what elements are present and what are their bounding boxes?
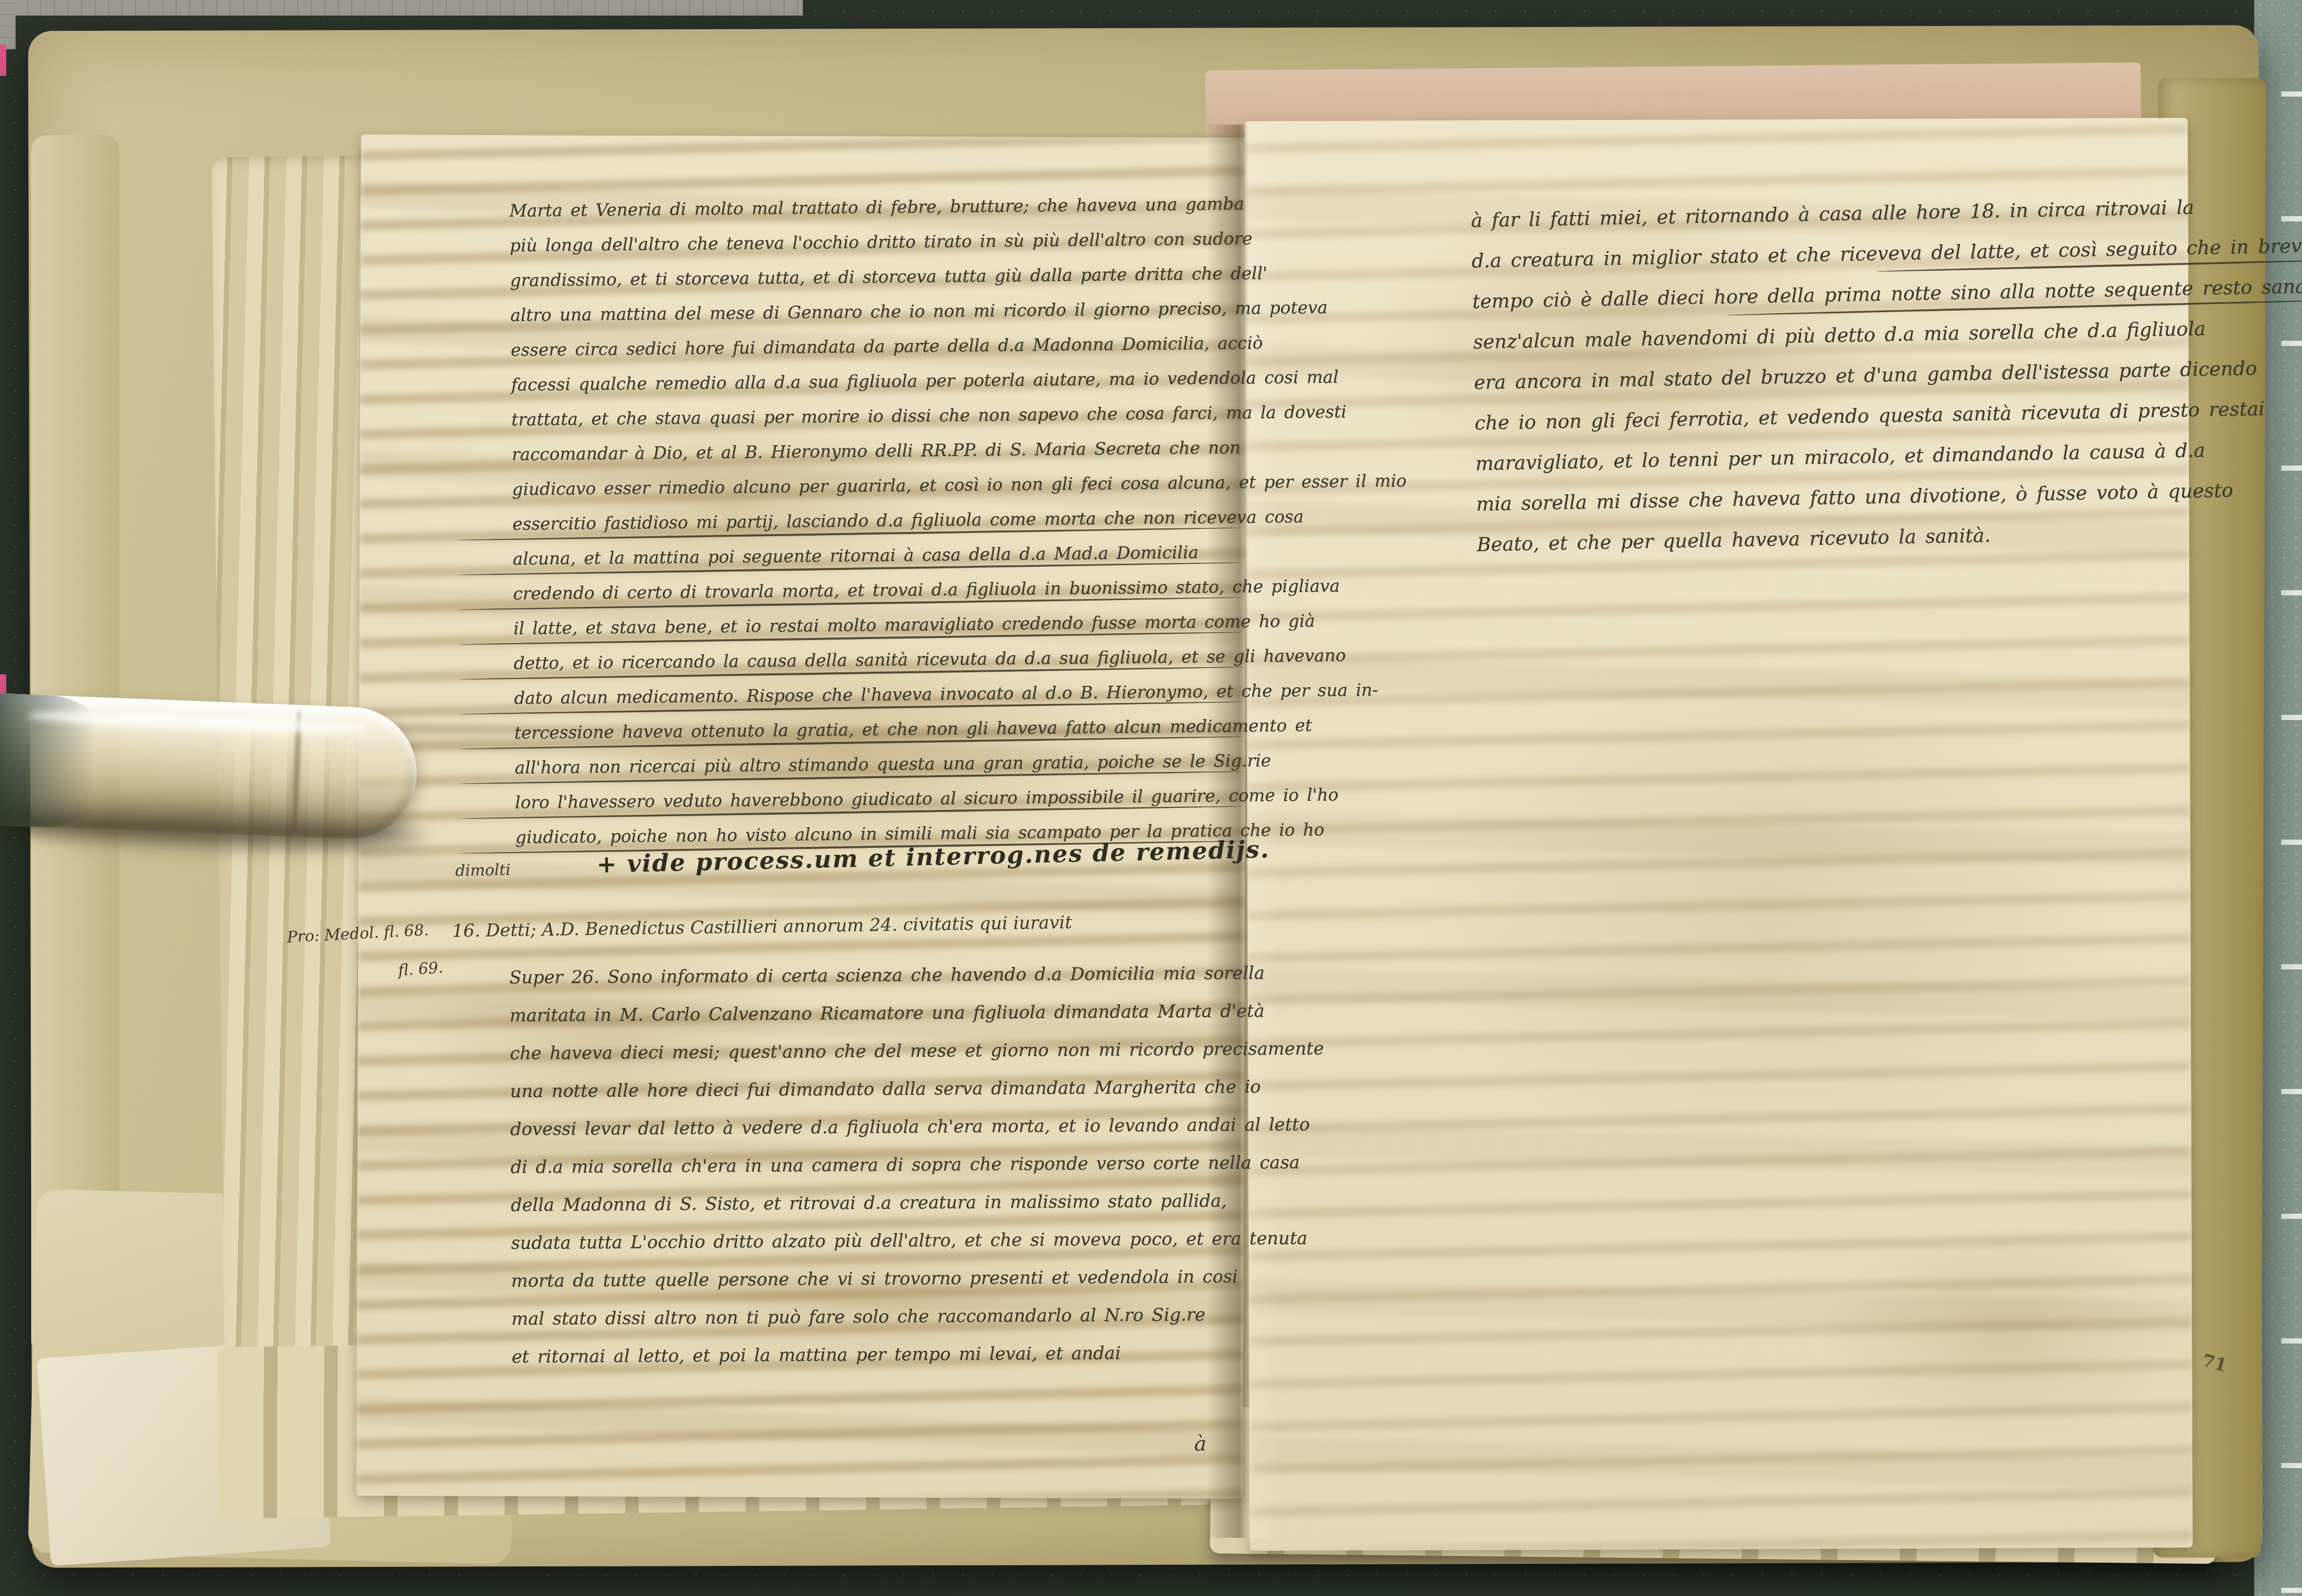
left-page-word-dimolti: dimolti xyxy=(455,861,511,880)
manuscript-line: morta da tutte quelle persone che vi si … xyxy=(511,1257,1326,1300)
manuscript-line: della Madonna di S. Sisto, et ritrovai d… xyxy=(511,1181,1325,1225)
manuscript-line: di d.a mia sorella ch'era in una camera … xyxy=(510,1143,1325,1187)
manuscript-line: una notte alle hore dieci fui dimandato … xyxy=(510,1068,1324,1111)
glass-page-weight xyxy=(0,693,419,841)
right-page-text-block: à far li fatti miei, et ritornando à cas… xyxy=(1471,185,2302,565)
left-page-catchword: à xyxy=(1194,1432,1207,1456)
manuscript-line: sudata tutta L'occhio dritto alzato più … xyxy=(511,1219,1325,1262)
pink-edge-strip-top xyxy=(0,45,6,76)
manuscript-line: dovessi levar dal letto à vedere d.a fig… xyxy=(510,1106,1325,1149)
left-page-upper-text-block: Marta et Veneria di molto mal trattato d… xyxy=(509,184,1410,854)
manuscript-line: et ritornai al letto, et poi la mattina … xyxy=(511,1333,1326,1376)
left-page-super-text-block: Super 26. Sono informato di certa scienz… xyxy=(509,954,1326,1376)
manuscript-line: mal stato dissi altro non ti può fare so… xyxy=(511,1295,1326,1338)
manuscript-line: Super 26. Sono informato di certa scienz… xyxy=(509,954,1324,997)
manuscript-line: che haveva dieci mesi; quest'anno che de… xyxy=(510,1030,1324,1073)
manuscript-line: maritata in M. Carlo Calvenzano Ricamato… xyxy=(509,992,1324,1035)
gray-surface-band-top xyxy=(0,0,803,16)
left-margin-note-folio-69: fl. 69. xyxy=(398,959,444,980)
gray-surface-band-left xyxy=(0,0,16,49)
